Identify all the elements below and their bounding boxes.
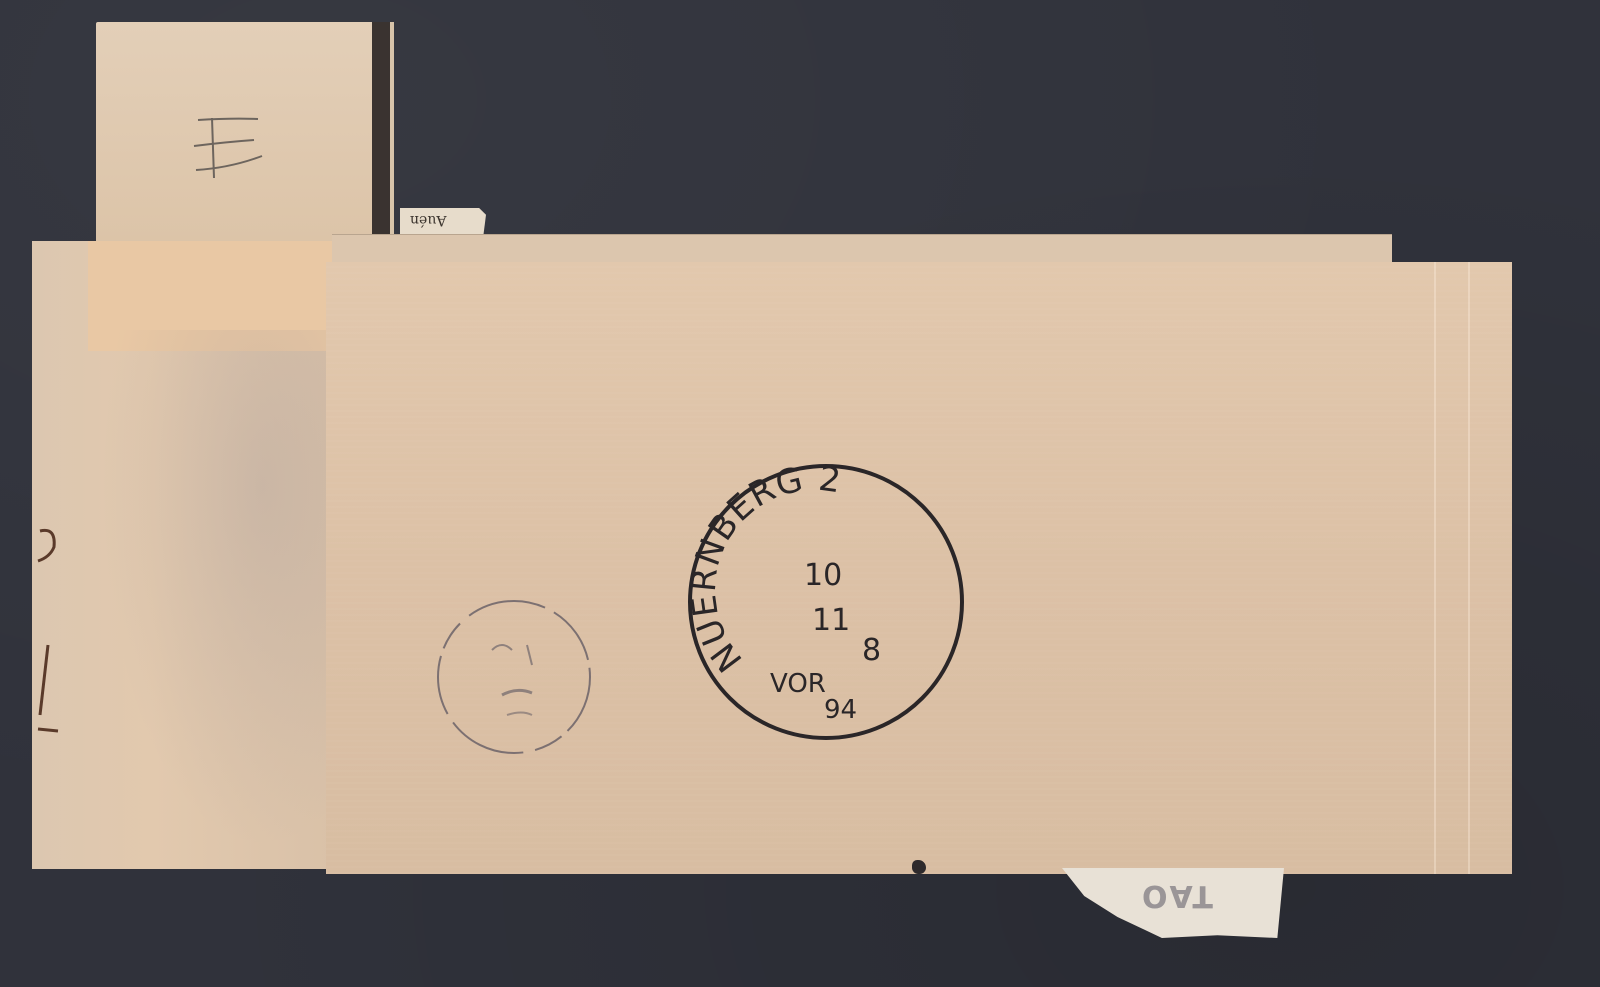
fold-line — [1468, 262, 1470, 874]
wrapper-top-edge — [332, 234, 1392, 265]
nuernberg-postmark: NUERNBERG 2 10 11 VOR 8 94 — [684, 460, 969, 745]
ink-tick-mark — [912, 860, 926, 874]
manuscript-ink-mark — [34, 525, 64, 755]
postmark-day: 10 — [804, 558, 842, 593]
faint-circular-postmark — [432, 595, 597, 760]
show-through-shadow — [100, 330, 332, 850]
postmark-hour: 8 — [862, 633, 881, 668]
newsprint-text: Auén — [410, 212, 446, 228]
torn-scrap-text: TAO — [1140, 878, 1213, 913]
postmark-year: 94 — [824, 695, 857, 725]
postmark-month: 11 — [812, 603, 850, 638]
black-border-strip — [372, 22, 394, 244]
pencil-annotation — [190, 110, 270, 180]
postmark-time-prefix: VOR — [770, 669, 826, 699]
fold-line — [1434, 262, 1436, 874]
